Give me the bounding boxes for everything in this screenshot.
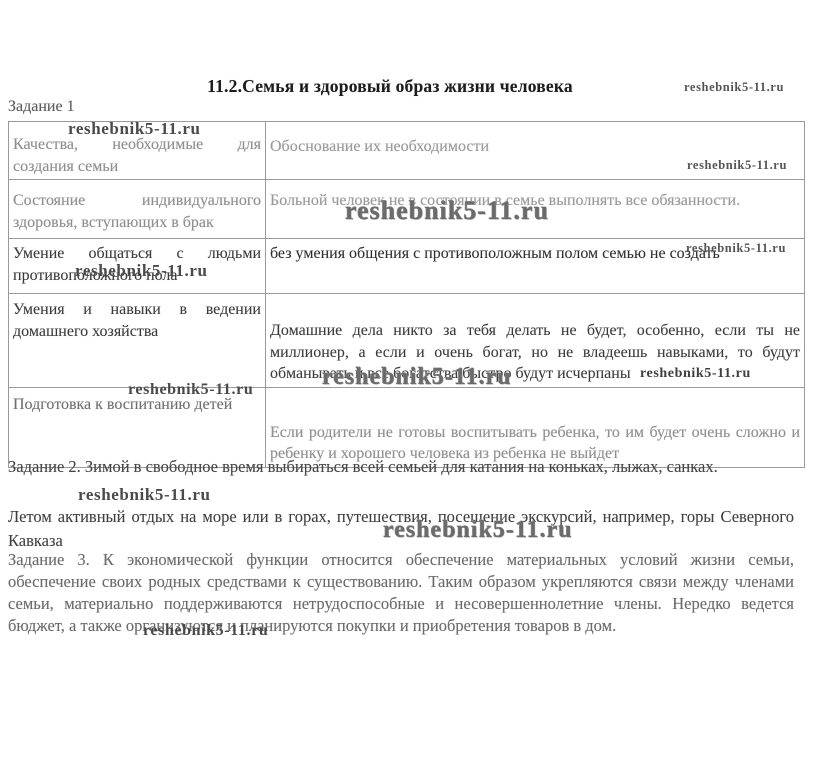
watermark-row1-left: reshebnik5-11.ru [68,119,201,139]
watermark-row3-right: reshebnik5-11.ru [686,241,786,256]
page-title: 11.2.Семья и здоровый образ жизни челове… [0,76,780,97]
table-body: Качества, необходимые для создания семьи… [9,122,805,468]
watermark-task3: reshebnik5-11.ru [143,622,268,640]
task2-paragraph-winter: Задание 2. Зимой в свободное время выбир… [8,454,794,480]
watermark-task2-big: reshebnik5-11.ru [383,517,573,544]
table-cell-left-household: Умения и навыки в ведении домашнего хозя… [9,294,266,388]
task1-label: Задание 1 [8,98,75,116]
watermark-task2: reshebnik5-11.ru [78,485,211,505]
watermark-row5-left: reshebnik5-11.ru [128,381,253,399]
document-page: 11.2.Семья и здоровый образ жизни челове… [0,0,823,783]
watermark-top-right: reshebnik5-11.ru [684,80,784,95]
task1-answers-table: Качества, необходимые для создания семьи… [8,121,805,468]
task3-paragraph-economic: Задание 3. К экономической функции относ… [8,549,794,637]
table-cell-left-health: Состояние индивидуального здоровья, всту… [9,180,266,239]
watermark-row2-big: reshebnik5-11.ru [345,196,549,226]
watermark-row5-big: reshebnik5-11.ru [322,364,512,391]
watermark-row2-right: reshebnik5-11.ru [687,158,787,173]
watermark-row5-right: reshebnik5-11.ru [640,366,751,382]
watermark-row3-left: reshebnik5-11.ru [75,261,208,281]
